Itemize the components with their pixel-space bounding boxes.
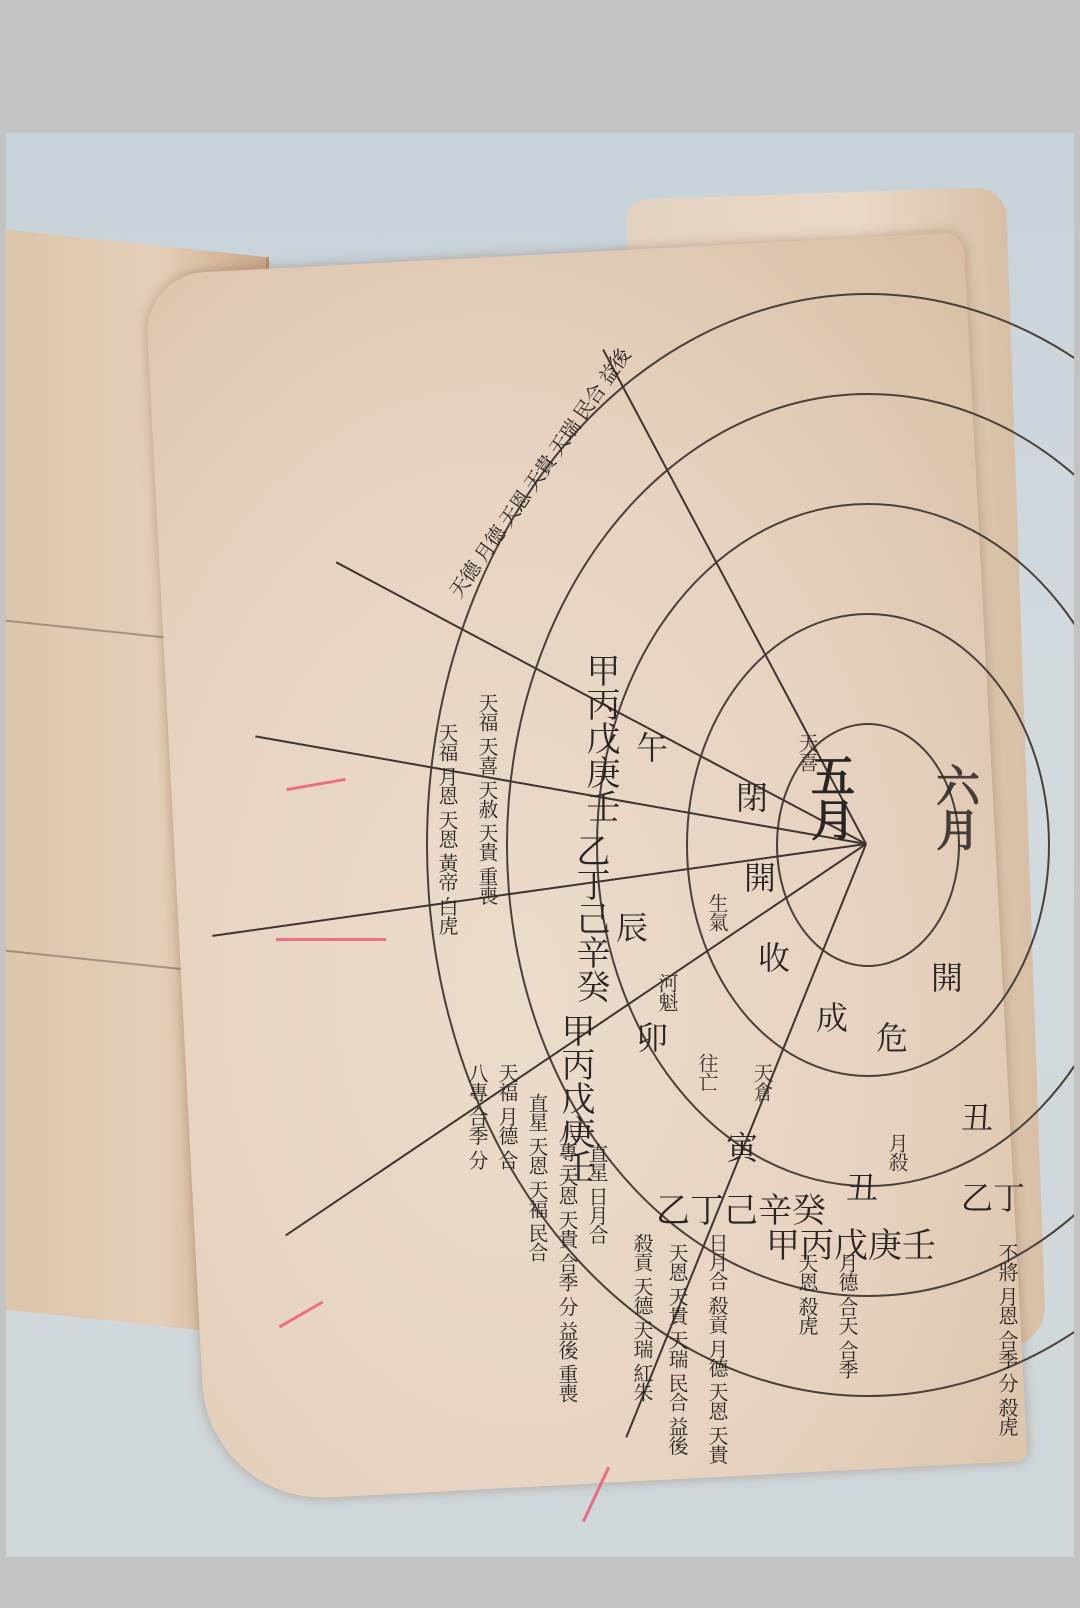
branch-label: 丑 <box>846 1163 878 1209</box>
red-mark <box>279 1301 324 1329</box>
branch-label: 寅 <box>726 1123 758 1169</box>
outer-annotation: 天福 月德 合 <box>496 1063 517 1169</box>
stem-group: 乙丁己辛癸 <box>566 833 615 1003</box>
outer-annotation: 殺貢 天德 天瑞 紅朱 <box>631 1233 652 1401</box>
outer-annotation: 八專 合季 分 <box>466 1063 487 1169</box>
inner-note: 天喜 <box>796 733 817 771</box>
outer-annotation: 天福 月恩 天恩 黃帝 白虎 <box>436 723 457 934</box>
red-mark <box>276 938 386 941</box>
inner-note: 天倉 <box>751 1063 772 1101</box>
stem-group: 甲丙戊庚壬 <box>576 653 625 823</box>
adjacent-annotation: 不將 月恩 合季 分 殺虎 <box>996 1243 1017 1435</box>
day-officer-label: 開 <box>744 853 776 899</box>
day-officer-label: 危 <box>876 1013 908 1059</box>
inner-note: 月殺 <box>886 1133 907 1171</box>
red-mark <box>286 778 346 791</box>
bottom-border <box>0 1557 1080 1608</box>
inner-note: 生氣 <box>706 893 727 931</box>
outer-annotation: 天福 天喜 天赦 天貴 重喪 <box>476 693 497 904</box>
adjacent-label: 開 <box>931 953 963 999</box>
day-officer-label: 閉 <box>736 773 768 819</box>
adjacent-label: 乙丁 <box>961 1173 1025 1219</box>
outer-annotation: 天恩 殺虎 <box>796 1253 817 1334</box>
adjacent-month-label: 六月 <box>921 763 985 851</box>
inner-note: 河魁 <box>656 973 677 1011</box>
month-wheel-chart: 五月 閉 開 收 成 危 午 辰 卯 寅 丑 生氣 河魁 往亡 天倉 月殺 天喜… <box>6 133 1074 1557</box>
outer-annotation: 直星 天恩 天福 民合 <box>526 1093 547 1261</box>
outer-annotation: 日月合 殺貢 月德 天恩 天貴 <box>706 1233 727 1463</box>
inner-note: 往亡 <box>696 1053 717 1091</box>
adjacent-label: 丑 <box>961 1093 993 1139</box>
branch-label: 辰 <box>616 903 648 949</box>
day-officer-label: 成 <box>816 993 848 1039</box>
photograph: 五月 閉 開 收 成 危 午 辰 卯 寅 丑 生氣 河魁 往亡 天倉 月殺 天喜… <box>6 133 1074 1557</box>
red-mark <box>582 1467 610 1523</box>
day-officer-label: 收 <box>758 933 790 979</box>
branch-label: 卯 <box>636 1013 668 1059</box>
outer-annotation: 八專 天恩 天貴 合季 分 益後 重喪 <box>556 1123 577 1402</box>
outer-annotation: 直星 日月合 <box>586 1143 607 1243</box>
outer-annotation: 月德 合天 合季 <box>836 1253 857 1378</box>
outer-annotation: 天恩 天貴 天瑞 民合 益後 <box>666 1243 687 1454</box>
branch-label: 午 <box>636 723 668 769</box>
